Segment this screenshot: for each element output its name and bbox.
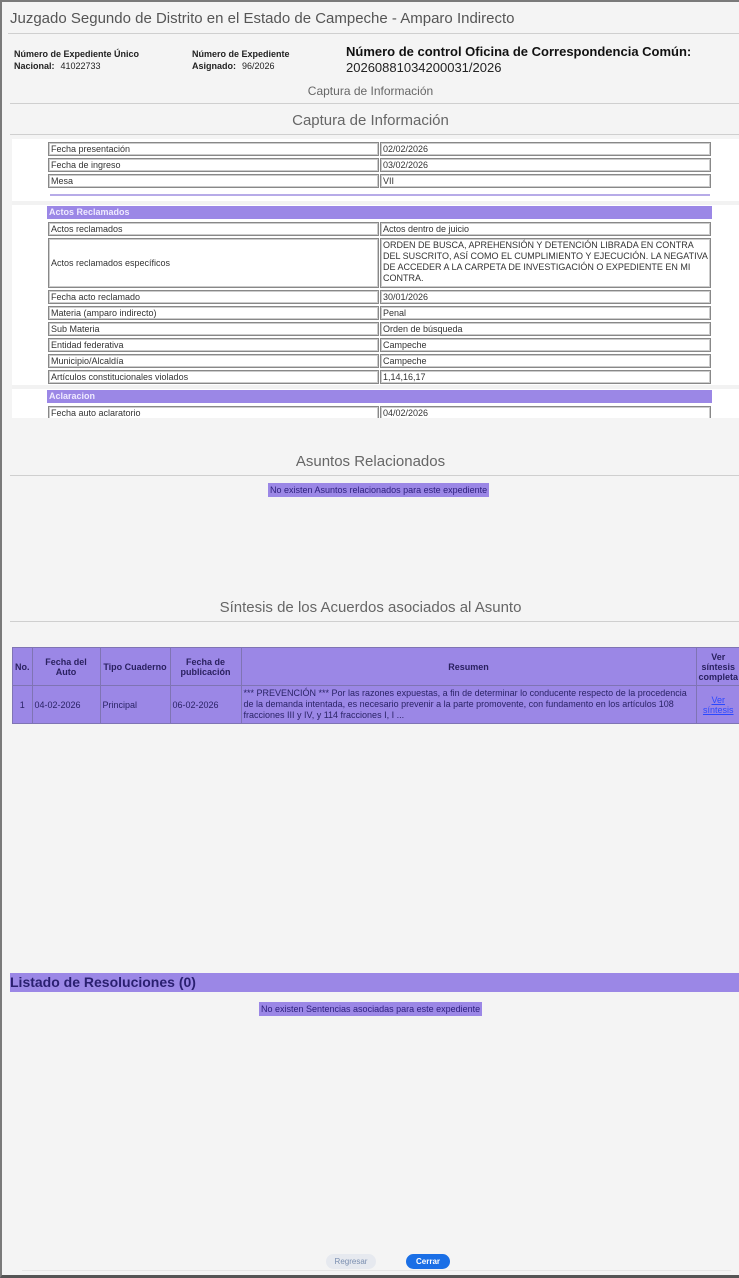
row-value: 04/02/2026 xyxy=(380,406,711,418)
table-row: Actos reclamados Actos dentro de juicio xyxy=(48,222,711,236)
captura-subtitle: Captura de Información xyxy=(2,84,739,98)
table-row: 1 04-02-2026 Principal 06-02-2026 *** PR… xyxy=(13,686,739,724)
cell-tipo-cuaderno: Principal xyxy=(100,686,170,724)
row-value: 30/01/2026 xyxy=(380,290,711,304)
expediente-asignado-value: 96/2026 xyxy=(242,61,275,71)
col-fecha-publicacion: Fecha de publicación xyxy=(170,648,241,686)
row-label: Mesa xyxy=(48,174,379,188)
row-value: 02/02/2026 xyxy=(380,142,711,156)
window-title: Juzgado Segundo de Distrito en el Estado… xyxy=(8,8,739,34)
divider xyxy=(10,103,739,104)
table-row: Municipio/Alcaldía Campeche xyxy=(48,354,711,368)
regresar-button[interactable]: Regresar xyxy=(326,1254,376,1269)
row-label: Materia (amparo indirecto) xyxy=(48,306,379,320)
control-number: Número de control Oficina de Corresponde… xyxy=(346,44,691,76)
row-value: Penal xyxy=(380,306,711,320)
actos-reclamados-table: Actos reclamados Actos dentro de juicio … xyxy=(48,222,711,386)
row-label: Fecha de ingreso xyxy=(48,158,379,172)
control-number-label: Número de control Oficina de Corresponde… xyxy=(346,44,691,60)
expediente-unico-label2: Nacional: xyxy=(14,61,55,71)
section-separator xyxy=(12,201,739,205)
expediente-asignado: Número de Expediente Asignado:96/2026 xyxy=(192,48,290,72)
row-value: Orden de búsqueda xyxy=(380,322,711,336)
row-label: Sub Materia xyxy=(48,322,379,336)
cell-fecha-publicacion: 06-02-2026 xyxy=(170,686,241,724)
section-rule xyxy=(50,194,710,196)
control-number-value: 20260881034200031/2026 xyxy=(346,60,691,76)
expediente-asignado-label2: Asignado: xyxy=(192,61,236,71)
row-value: 03/02/2026 xyxy=(380,158,711,172)
general-info-table: Fecha presentación 02/02/2026 Fecha de i… xyxy=(48,142,711,190)
row-value: ORDEN DE BUSCA, APREHENSIÓN Y DETENCIÓN … xyxy=(380,238,711,288)
col-no: No. xyxy=(13,648,33,686)
divider xyxy=(10,134,739,135)
row-label: Actos reclamados específicos xyxy=(48,238,379,288)
captura-title: Captura de Información xyxy=(2,112,739,129)
actos-reclamados-header: Actos Reclamados xyxy=(47,206,712,219)
captura-scroll-panel[interactable]: Fecha presentación 02/02/2026 Fecha de i… xyxy=(12,139,739,418)
acuerdos-table: No. Fecha del Auto Tipo Cuaderno Fecha d… xyxy=(12,647,739,724)
col-resumen: Resumen xyxy=(241,648,696,686)
expediente-asignado-label: Número de Expediente xyxy=(192,48,290,60)
row-label: Fecha acto reclamado xyxy=(48,290,379,304)
ver-sintesis-link[interactable]: Ver síntesis xyxy=(703,695,734,715)
cell-no: 1 xyxy=(13,686,33,724)
row-value: Campeche xyxy=(380,338,711,352)
row-label: Municipio/Alcaldía xyxy=(48,354,379,368)
table-row: Actos reclamados específicos ORDEN DE BU… xyxy=(48,238,711,288)
col-tipo-cuaderno: Tipo Cuaderno xyxy=(100,648,170,686)
expediente-unico-label: Número de Expediente Único xyxy=(14,48,139,60)
row-label: Entidad federativa xyxy=(48,338,379,352)
table-row: Fecha auto aclaratorio 04/02/2026 xyxy=(48,406,711,418)
table-row: Fecha presentación 02/02/2026 xyxy=(48,142,711,156)
table-row: Fecha acto reclamado 30/01/2026 xyxy=(48,290,711,304)
aclaracion-header: Aclaracion xyxy=(47,390,712,403)
col-ver-sintesis: Ver síntesis completa xyxy=(696,648,739,686)
row-label: Artículos constitucionales violados xyxy=(48,370,379,384)
table-row: Artículos constitucionales violados 1,14… xyxy=(48,370,711,384)
row-value: 1,14,16,17 xyxy=(380,370,711,384)
table-row: Entidad federativa Campeche xyxy=(48,338,711,352)
table-header-row: No. Fecha del Auto Tipo Cuaderno Fecha d… xyxy=(13,648,739,686)
row-value: Campeche xyxy=(380,354,711,368)
aclaracion-table: Fecha auto aclaratorio 04/02/2026 xyxy=(48,406,711,418)
window-frame: Juzgado Segundo de Distrito en el Estado… xyxy=(0,0,739,1278)
asuntos-empty-message: No existen Asuntos relacionados para est… xyxy=(268,483,489,497)
expediente-unico: Número de Expediente Único Nacional:4102… xyxy=(14,48,139,72)
table-row: Sub Materia Orden de búsqueda xyxy=(48,322,711,336)
divider xyxy=(10,475,739,476)
table-row: Materia (amparo indirecto) Penal xyxy=(48,306,711,320)
asuntos-title: Asuntos Relacionados xyxy=(2,453,739,470)
acuerdos-title: Síntesis de los Acuerdos asociados al As… xyxy=(2,599,739,616)
divider xyxy=(10,621,739,622)
expediente-unico-value: 41022733 xyxy=(61,61,101,71)
footer-divider xyxy=(22,1270,731,1271)
section-separator xyxy=(12,385,739,389)
cell-fecha-auto: 04-02-2026 xyxy=(32,686,100,724)
col-fecha-auto: Fecha del Auto xyxy=(32,648,100,686)
table-row: Mesa VII xyxy=(48,174,711,188)
row-value: Actos dentro de juicio xyxy=(380,222,711,236)
row-label: Fecha presentación xyxy=(48,142,379,156)
cerrar-button[interactable]: Cerrar xyxy=(406,1254,450,1269)
table-row: Fecha de ingreso 03/02/2026 xyxy=(48,158,711,172)
cell-resumen: *** PREVENCIÓN *** Por las razones expue… xyxy=(241,686,696,724)
resoluciones-header: Listado de Resoluciones (0) xyxy=(10,973,739,992)
row-value: VII xyxy=(380,174,711,188)
resoluciones-empty-message: No existen Sentencias asociadas para est… xyxy=(259,1002,482,1016)
row-label: Actos reclamados xyxy=(48,222,379,236)
row-label: Fecha auto aclaratorio xyxy=(48,406,379,418)
